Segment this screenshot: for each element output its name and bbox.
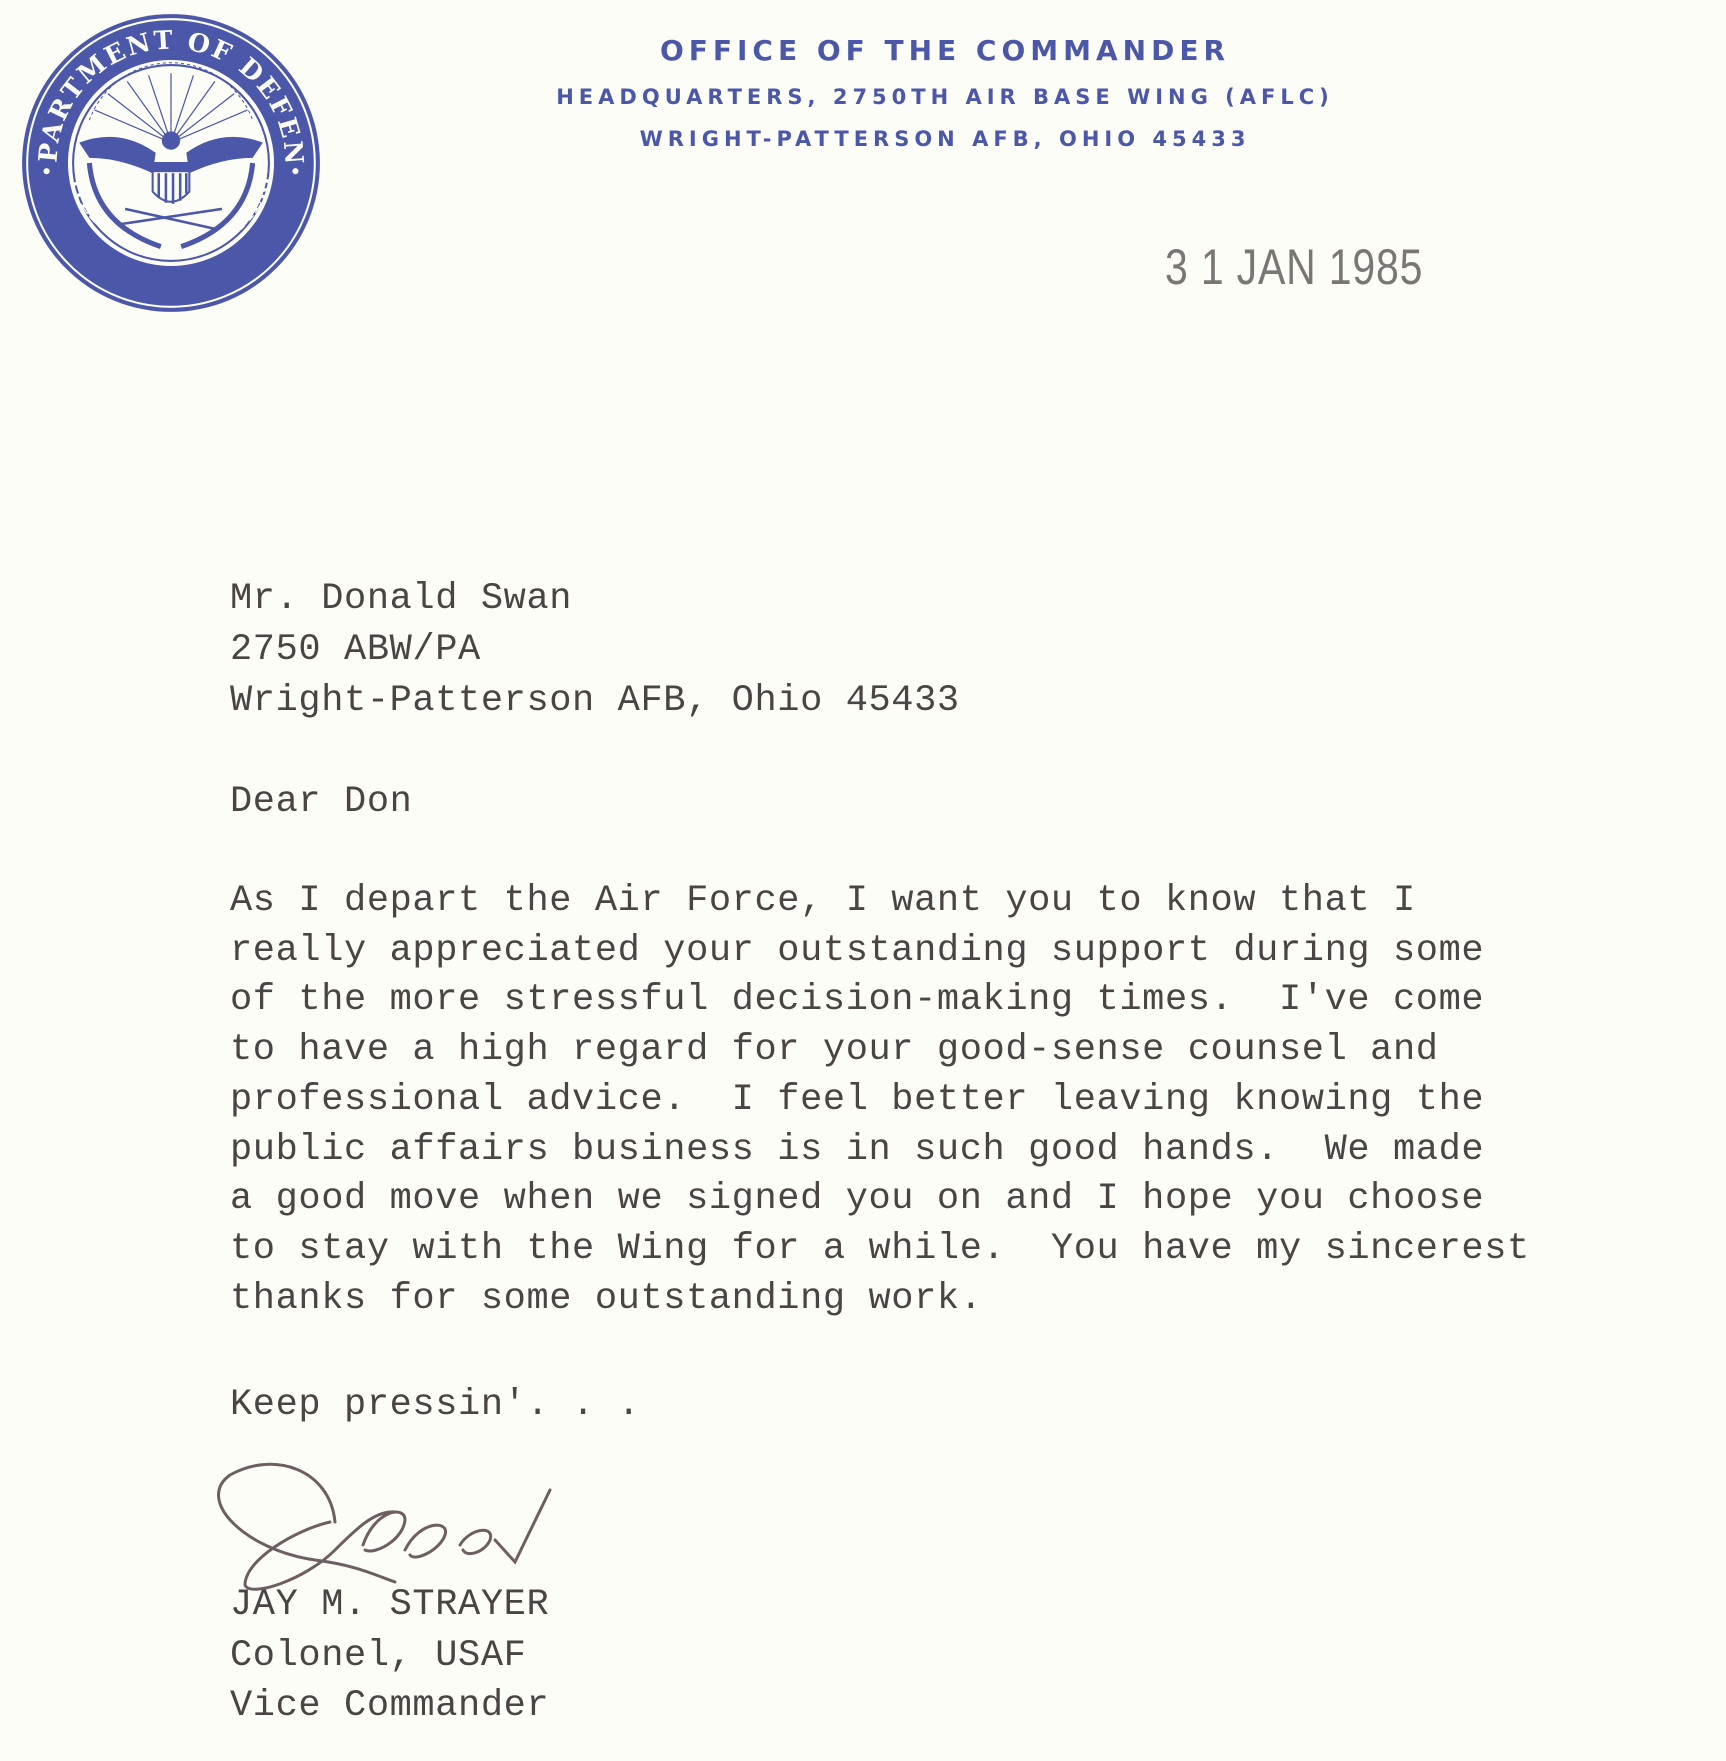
office-heading: OFFICE OF THE COMMANDER <box>0 34 1726 67</box>
body-line: a good move when we signed you on and I … <box>230 1178 1484 1220</box>
body-line: to stay with the Wing for a while. You h… <box>230 1228 1530 1270</box>
recipient-name: Mr. Donald Swan <box>230 578 572 620</box>
signer-title: Vice Commander <box>230 1685 549 1727</box>
salutation: Dear Don <box>230 781 412 823</box>
body-line: to have a high regard for your good-sens… <box>230 1029 1439 1071</box>
date-stamp: 3 1 JAN 1985 <box>1165 238 1423 296</box>
closing: Keep pressin'. . . <box>230 1384 640 1426</box>
body-line: professional advice. I feel better leavi… <box>230 1079 1484 1121</box>
unit-heading: HEADQUARTERS, 2750TH AIR BASE WING (AFLC… <box>0 85 1726 109</box>
recipient-address: Wright-Patterson AFB, Ohio 45433 <box>230 680 960 722</box>
handwritten-signature-icon <box>205 1450 585 1600</box>
body-line: As I depart the Air Force, I want you to… <box>230 880 1416 922</box>
signer-rank: Colonel, USAF <box>230 1635 526 1677</box>
body-line: public affairs business is in such good … <box>230 1129 1484 1171</box>
signer-name: JAY M. STRAYER <box>230 1584 549 1626</box>
location-heading: WRIGHT-PATTERSON AFB, OHIO 45433 <box>0 127 1726 151</box>
body-line: thanks for some outstanding work. <box>230 1278 983 1320</box>
body-line: really appreciated your outstanding supp… <box>230 930 1484 972</box>
recipient-office: 2750 ABW/PA <box>230 629 481 671</box>
body-line: of the more stressful decision-making ti… <box>230 979 1484 1021</box>
